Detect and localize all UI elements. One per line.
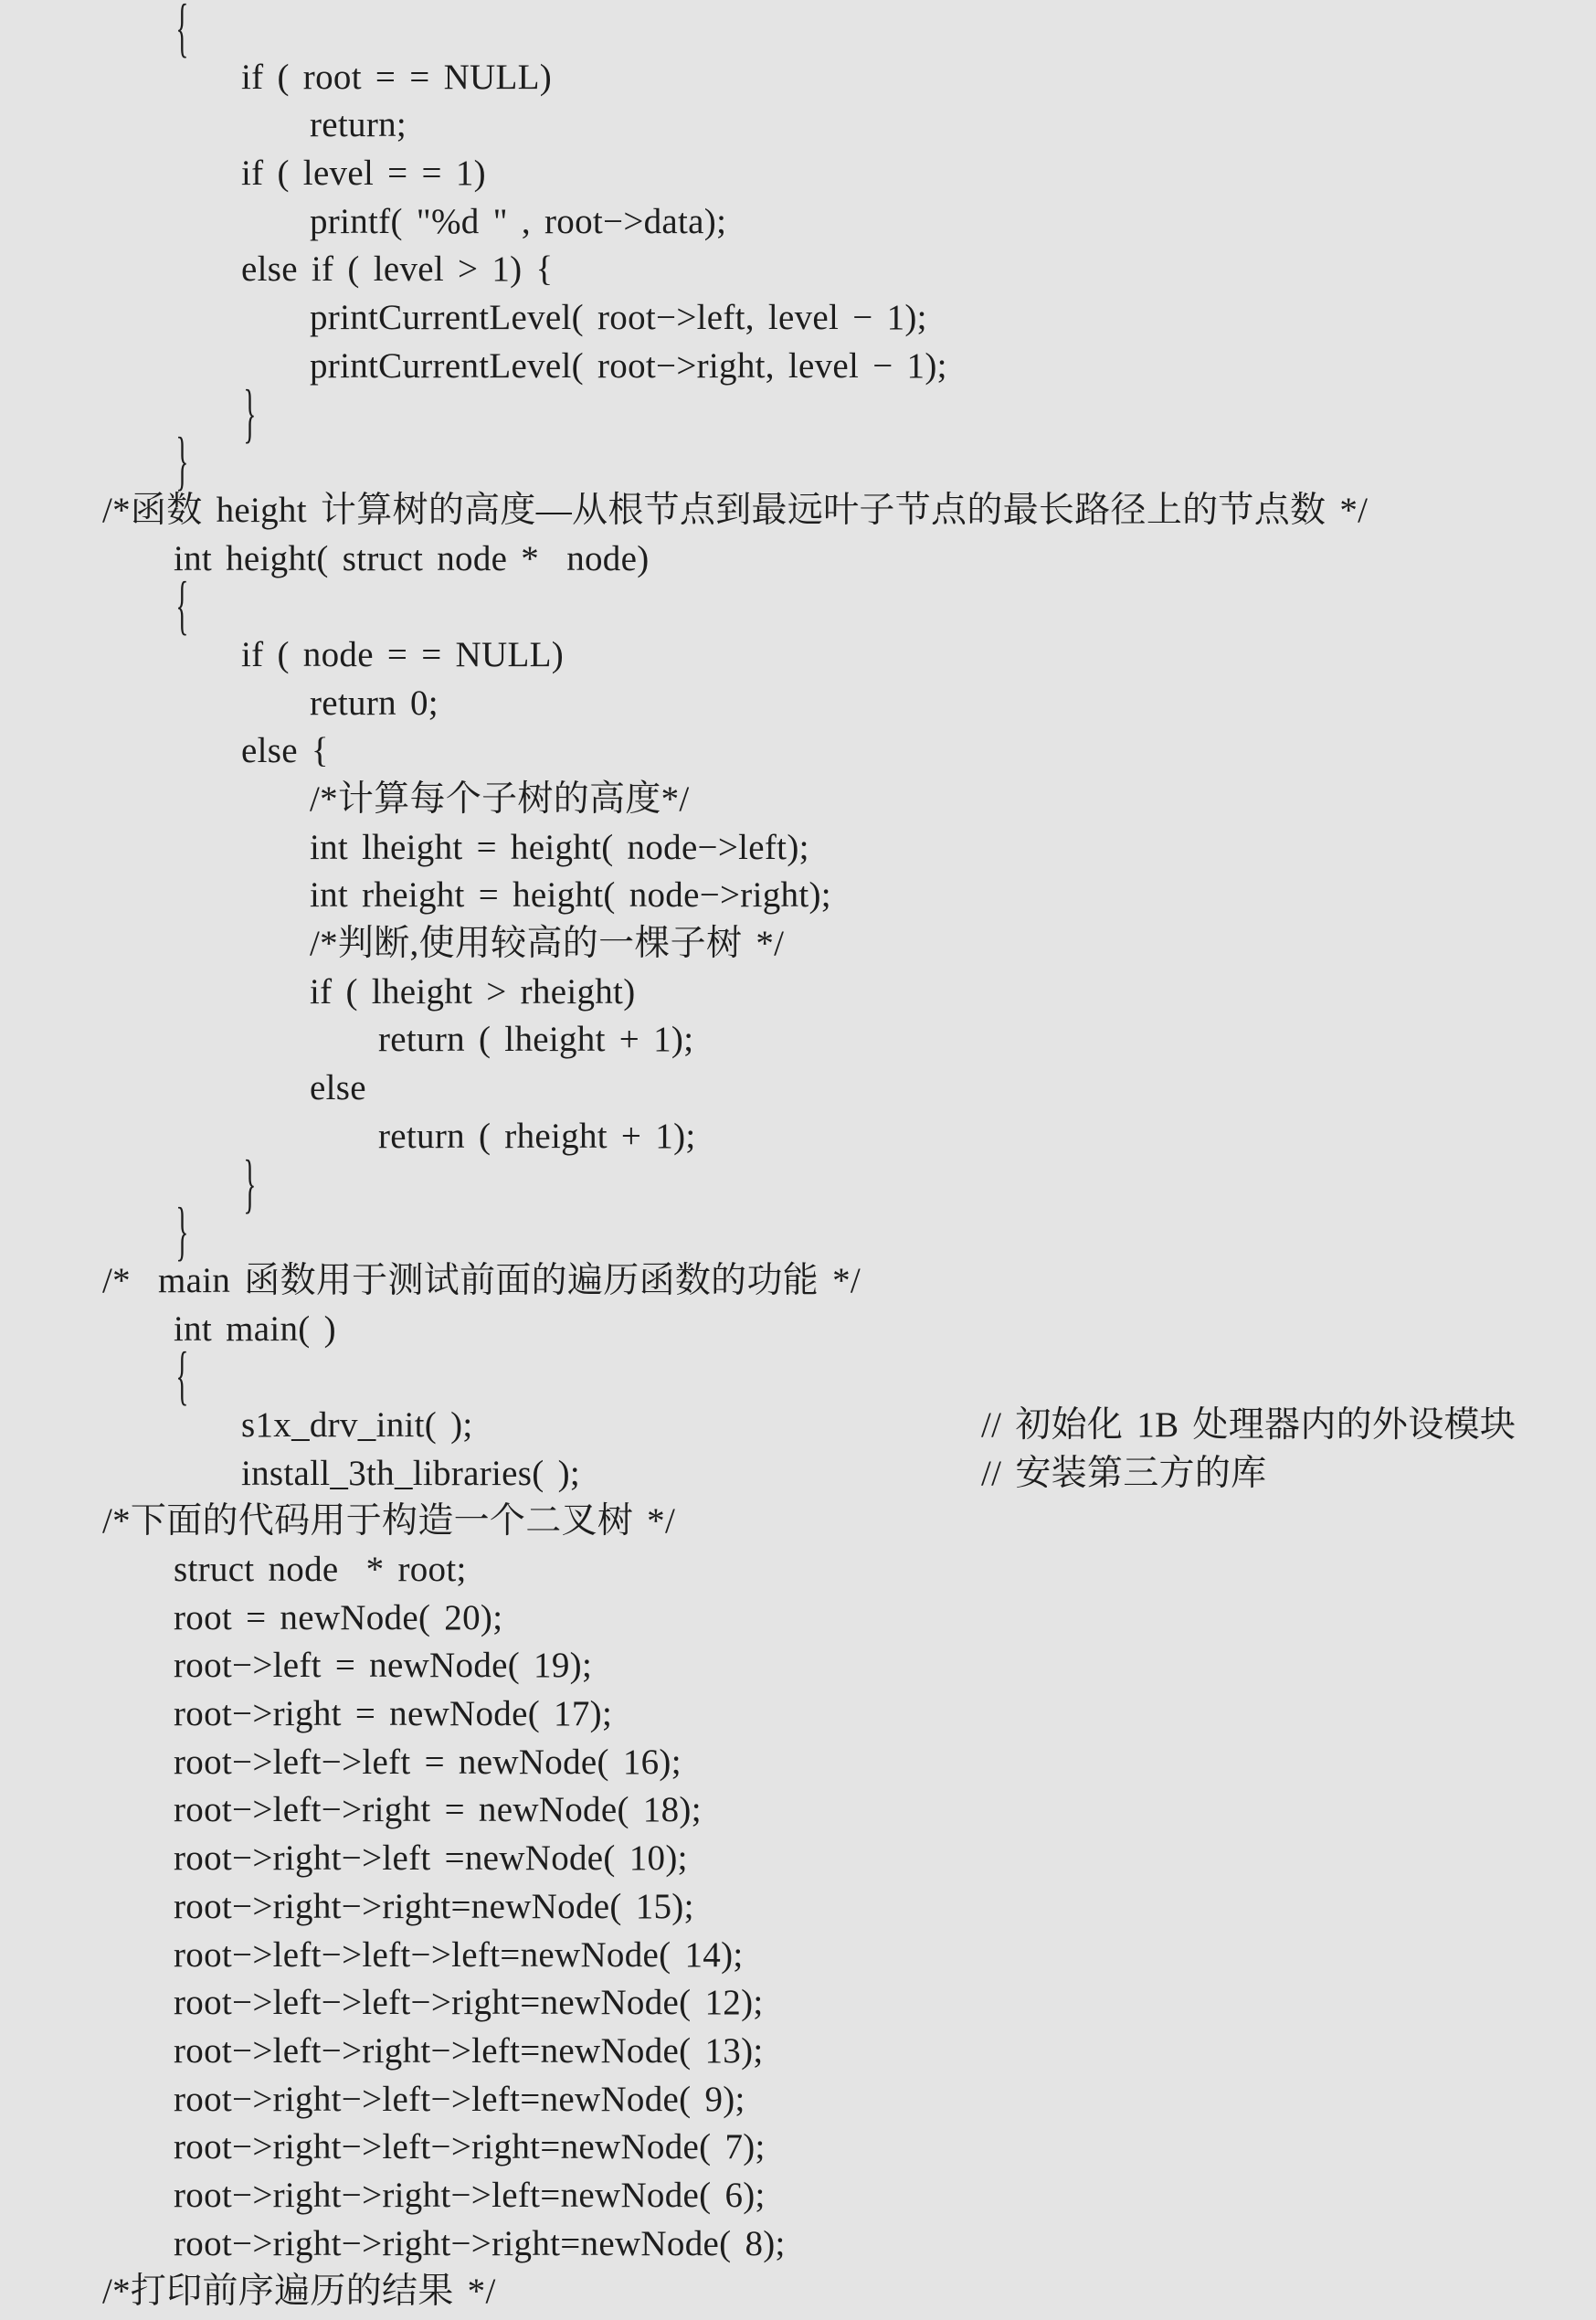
code-line: else if ( level > 1) { [0,246,1596,294]
code-line: root−>left−>right−>left=newNode( 13); [0,2028,1596,2076]
code-line: /* main 函数用于测试前面的遍历函数的功能 */ [0,1257,1596,1306]
code-line: root−>right−>left =newNode( 10); [0,1835,1596,1883]
code-text: printCurrentLevel( root−>right, level − … [310,346,947,386]
code-text: struct node * root; [174,1550,467,1589]
code-line: int height( struct node * node) [0,535,1596,584]
code-line: { [0,1353,1596,1402]
code-text: root−>left−>left−>right=newNode( 12); [174,1983,764,2022]
code-text: root−>right−>right−>right=newNode( 8); [174,2224,786,2263]
code-text: else { [241,731,329,770]
code-text: return; [310,105,407,144]
code-line: int main( ) [0,1306,1596,1354]
code-line: printf( "%d " , root−>data); [0,198,1596,247]
code-line: /*打印前序遍历的结果 */ [0,2268,1596,2316]
code-text: install_3th_libraries( ); [241,1454,580,1493]
code-line: if ( level = = 1) [0,150,1596,198]
code-line: /*判断,使用较高的一棵子树 */ [0,920,1596,969]
code-line: struct node * root; [0,1546,1596,1594]
code-text: root−>right−>left−>right=newNode( 7); [174,2127,766,2166]
code-text: root−>right−>right=newNode( 15); [174,1887,694,1926]
code-line: root−>right−>right=newNode( 15); [0,1883,1596,1932]
code-text: root−>left−>left−>left=newNode( 14); [174,1935,744,1975]
code-line: } [0,439,1596,487]
code-line: install_3th_libraries( );// 安装第三方的库 [0,1450,1596,1499]
code-line: { [0,5,1596,54]
code-line: if ( root = = NULL) [0,54,1596,102]
code-text: if ( lheight > rheight) [310,972,635,1012]
code-text: root−>right−>left−>left=newNode( 9); [174,2080,745,2119]
code-line: } [0,391,1596,440]
code-text: int main( ) [174,1309,336,1349]
code-text: /*计算每个子树的高度*/ [310,779,690,819]
code-line: printCurrentLevel( root−>right, level − … [0,343,1596,391]
code-text: int rheight = height( node−>right); [310,875,831,915]
code-line: } [0,1209,1596,1257]
code-text: if ( node = = NULL) [241,635,564,674]
code-line: root−>left−>left−>left=newNode( 14); [0,1932,1596,1980]
code-text: root−>right−>right−>left=newNode( 6); [174,2176,766,2215]
code-line: else { [0,727,1596,776]
code-line: if ( node = = NULL) [0,631,1596,680]
code-text: if ( root = = NULL) [241,58,552,97]
code-text: root−>right = newNode( 17); [174,1694,612,1733]
code-text: root−>left = newNode( 19); [174,1646,592,1685]
code-line: return 0; [0,680,1596,728]
code-text: else if ( level > 1) { [241,249,554,289]
code-line: root−>right−>left−>right=newNode( 7); [0,2124,1596,2172]
code-text: /*函数 height 计算树的高度—从根节点到最远叶子节点的最长路径上的节点数… [102,491,1368,530]
code-line: root−>right = newNode( 17); [0,1690,1596,1739]
code-line: { [0,583,1596,631]
code-text: printCurrentLevel( root−>left, level − 1… [310,298,927,337]
scanned-code-page: {if ( root = = NULL)return;if ( level = … [0,0,1596,2320]
code-line: return; [0,101,1596,150]
code-line: root−>left−>left−>right=newNode( 12); [0,1979,1596,2028]
code-line: printCurrentLevel( root−>left, level − 1… [0,294,1596,343]
code-text: /*判断,使用较高的一棵子树 */ [310,924,784,963]
code-line: root−>right−>right−>right=newNode( 8); [0,2220,1596,2269]
code-line: int rheight = height( node−>right); [0,872,1596,920]
code-line: return ( lheight + 1); [0,1016,1596,1065]
inline-comment: // 安装第三方的库 [981,1450,1266,1499]
code-text: root−>left−>left = newNode( 16); [174,1743,682,1782]
code-line: s1x_drv_init( );// 初始化 1B 处理器内的外设模块 [0,1402,1596,1450]
code-text: s1x_drv_init( ); [241,1405,473,1445]
code-text: root−>right−>left =newNode( 10); [174,1838,688,1878]
code-text: /*打印前序遍历的结果 */ [102,2272,496,2311]
code-line: } [0,1161,1596,1210]
code-line: root−>right−>left−>left=newNode( 9); [0,2076,1596,2124]
code-line: root = newNode( 20); [0,1594,1596,1643]
code-line: root−>left−>left = newNode( 16); [0,1739,1596,1787]
code-text: else [310,1068,366,1107]
code-line: /*函数 height 计算树的高度—从根节点到最远叶子节点的最长路径上的节点数… [0,487,1596,535]
code-text: root = newNode( 20); [174,1598,502,1637]
code-line: /*下面的代码用于构造一个二叉树 */ [0,1498,1596,1546]
code-text: if ( level = = 1) [241,154,486,193]
code-line: int lheight = height( node−>left); [0,824,1596,873]
code-block: {if ( root = = NULL)return;if ( level = … [0,5,1596,2316]
code-text: printf( "%d " , root−>data); [310,202,726,241]
code-line: root−>left = newNode( 19); [0,1642,1596,1690]
code-text: int lheight = height( node−>left); [310,828,809,867]
code-line: return ( rheight + 1); [0,1113,1596,1161]
code-line: else [0,1065,1596,1113]
code-line: root−>left−>right = newNode( 18); [0,1786,1596,1835]
code-text: root−>left−>right−>left=newNode( 13); [174,2031,764,2071]
inline-comment: // 初始化 1B 处理器内的外设模块 [981,1402,1516,1450]
code-text: int height( struct node * node) [174,539,650,578]
code-line: if ( lheight > rheight) [0,969,1596,1017]
code-text: root−>left−>right = newNode( 18); [174,1790,702,1829]
code-text: return 0; [310,683,439,723]
code-text: /*下面的代码用于构造一个二叉树 */ [102,1501,675,1541]
code-text: return ( lheight + 1); [378,1020,693,1059]
code-text: /* main 函数用于测试前面的遍历函数的功能 */ [102,1261,861,1300]
code-text: return ( rheight + 1); [378,1117,696,1156]
code-line: /*计算每个子树的高度*/ [0,776,1596,824]
code-line: root−>right−>right−>left=newNode( 6); [0,2172,1596,2220]
